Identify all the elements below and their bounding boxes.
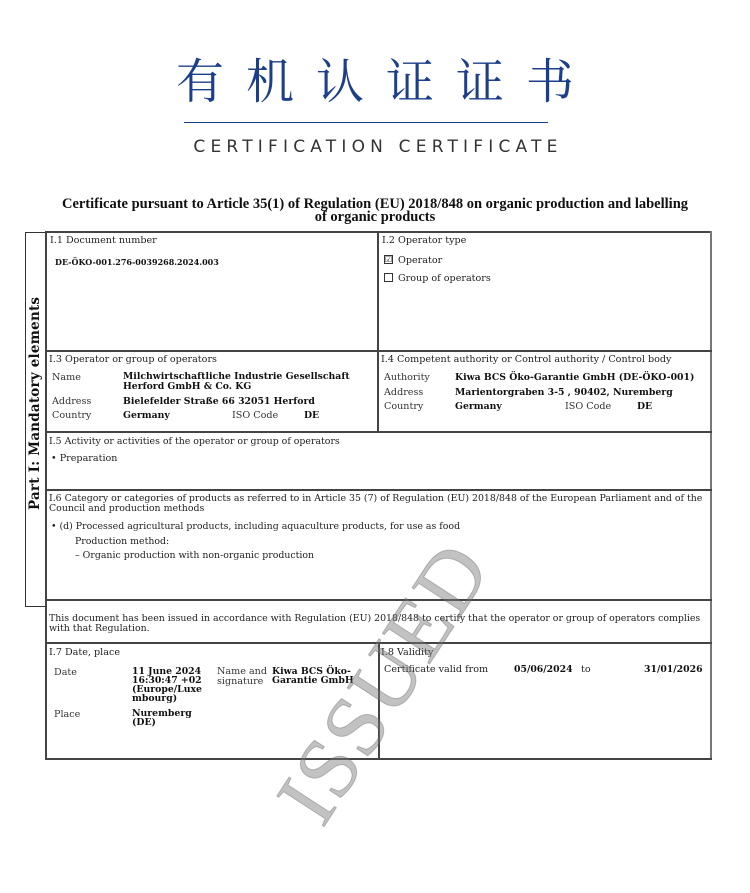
date-label: Date bbox=[54, 667, 77, 678]
authority-address-value: Marientorgraben 3-5 , 90402, Nuremberg bbox=[455, 387, 673, 398]
row-divider-4 bbox=[45, 599, 712, 601]
production-method-label: Production method: bbox=[75, 536, 169, 547]
valid-to-label: to bbox=[581, 664, 591, 675]
authority-label: Authority bbox=[384, 372, 430, 383]
authority-country-value: Germany bbox=[455, 401, 502, 412]
validity-title: I.8 Validity bbox=[381, 647, 433, 658]
column-divider-bottom bbox=[378, 643, 380, 759]
place-label: Place bbox=[54, 709, 80, 720]
operator-country-label: Country bbox=[52, 410, 91, 421]
operator-type-title: I.2 Operator type bbox=[382, 235, 466, 246]
document-number-title: I.1 Document number bbox=[50, 235, 157, 246]
column-divider-top bbox=[377, 231, 379, 432]
place-value: Nuremberg (DE) bbox=[132, 709, 202, 727]
authority-iso-value: DE bbox=[637, 401, 652, 412]
operator-country-value: Germany bbox=[123, 410, 170, 421]
valid-from-label: Certificate valid from bbox=[384, 664, 488, 675]
valid-from-date: 05/06/2024 bbox=[514, 664, 573, 675]
title-divider bbox=[184, 122, 548, 123]
authority-country-label: Country bbox=[384, 401, 423, 412]
row-divider-3 bbox=[45, 489, 712, 491]
activities-title: I.5 Activity or activities of the operat… bbox=[49, 436, 340, 447]
valid-to-date: 31/01/2026 bbox=[644, 664, 703, 675]
operator-section-title: I.3 Operator or group of operators bbox=[49, 354, 217, 365]
operator-iso-label: ISO Code bbox=[232, 410, 278, 421]
table-border-left bbox=[45, 231, 47, 760]
chinese-title: 有机认证证书 bbox=[0, 52, 750, 112]
table-border-top bbox=[45, 231, 712, 233]
operator-checkbox[interactable]: ☑ bbox=[384, 255, 393, 264]
group-of-operators-option-label: Group of operators bbox=[398, 273, 491, 284]
authority-value: Kiwa BCS Öko-Garantie GmbH (DE-ÖKO-001) bbox=[455, 372, 694, 383]
authority-address-label: Address bbox=[384, 387, 423, 398]
signature-label: Name and signature bbox=[217, 667, 269, 686]
part-label: Part I: Mandatory elements bbox=[27, 297, 43, 510]
row-divider-1 bbox=[45, 350, 712, 352]
document-number-value: DE-ÖKO-001.276-0039268.2024.003 bbox=[55, 257, 219, 267]
operator-address-value: Bielefelder Straße 66 32051 Herford bbox=[123, 396, 315, 407]
categories-title: I.6 Category or categories of products a… bbox=[49, 494, 707, 513]
operator-address-label: Address bbox=[52, 396, 91, 407]
category-item: • (d) Processed agricultural products, i… bbox=[51, 521, 460, 532]
operator-iso-value: DE bbox=[304, 410, 319, 421]
compliance-statement: This document has been issued in accorda… bbox=[49, 614, 707, 633]
signature-value: Kiwa BCS Öko-Garantie GmbH bbox=[272, 667, 358, 685]
english-title: CERTIFICATION CERTIFICATE bbox=[0, 137, 750, 157]
table-border-right bbox=[710, 231, 712, 760]
group-of-operators-checkbox[interactable] bbox=[384, 273, 393, 282]
operator-name-value: Milchwirtschaftliche Industrie Gesellsch… bbox=[123, 372, 375, 392]
authority-iso-label: ISO Code bbox=[565, 401, 611, 412]
heading-line-2: of organic products bbox=[24, 211, 726, 224]
date-place-title: I.7 Date, place bbox=[49, 647, 120, 658]
date-value: 11 June 2024 16:30:47 +02 (Europe/Luxemb… bbox=[132, 667, 210, 703]
row-divider-5 bbox=[45, 642, 712, 644]
document-heading: Certificate pursuant to Article 35(1) of… bbox=[24, 198, 726, 224]
operator-name-label: Name bbox=[52, 372, 81, 383]
operator-option-label: Operator bbox=[398, 255, 442, 266]
activity-item: • Preparation bbox=[51, 453, 117, 464]
production-method-value: – Organic production with non-organic pr… bbox=[75, 550, 314, 561]
authority-section-title: I.4 Competent authority or Control autho… bbox=[381, 354, 671, 365]
row-divider-2 bbox=[45, 431, 712, 433]
